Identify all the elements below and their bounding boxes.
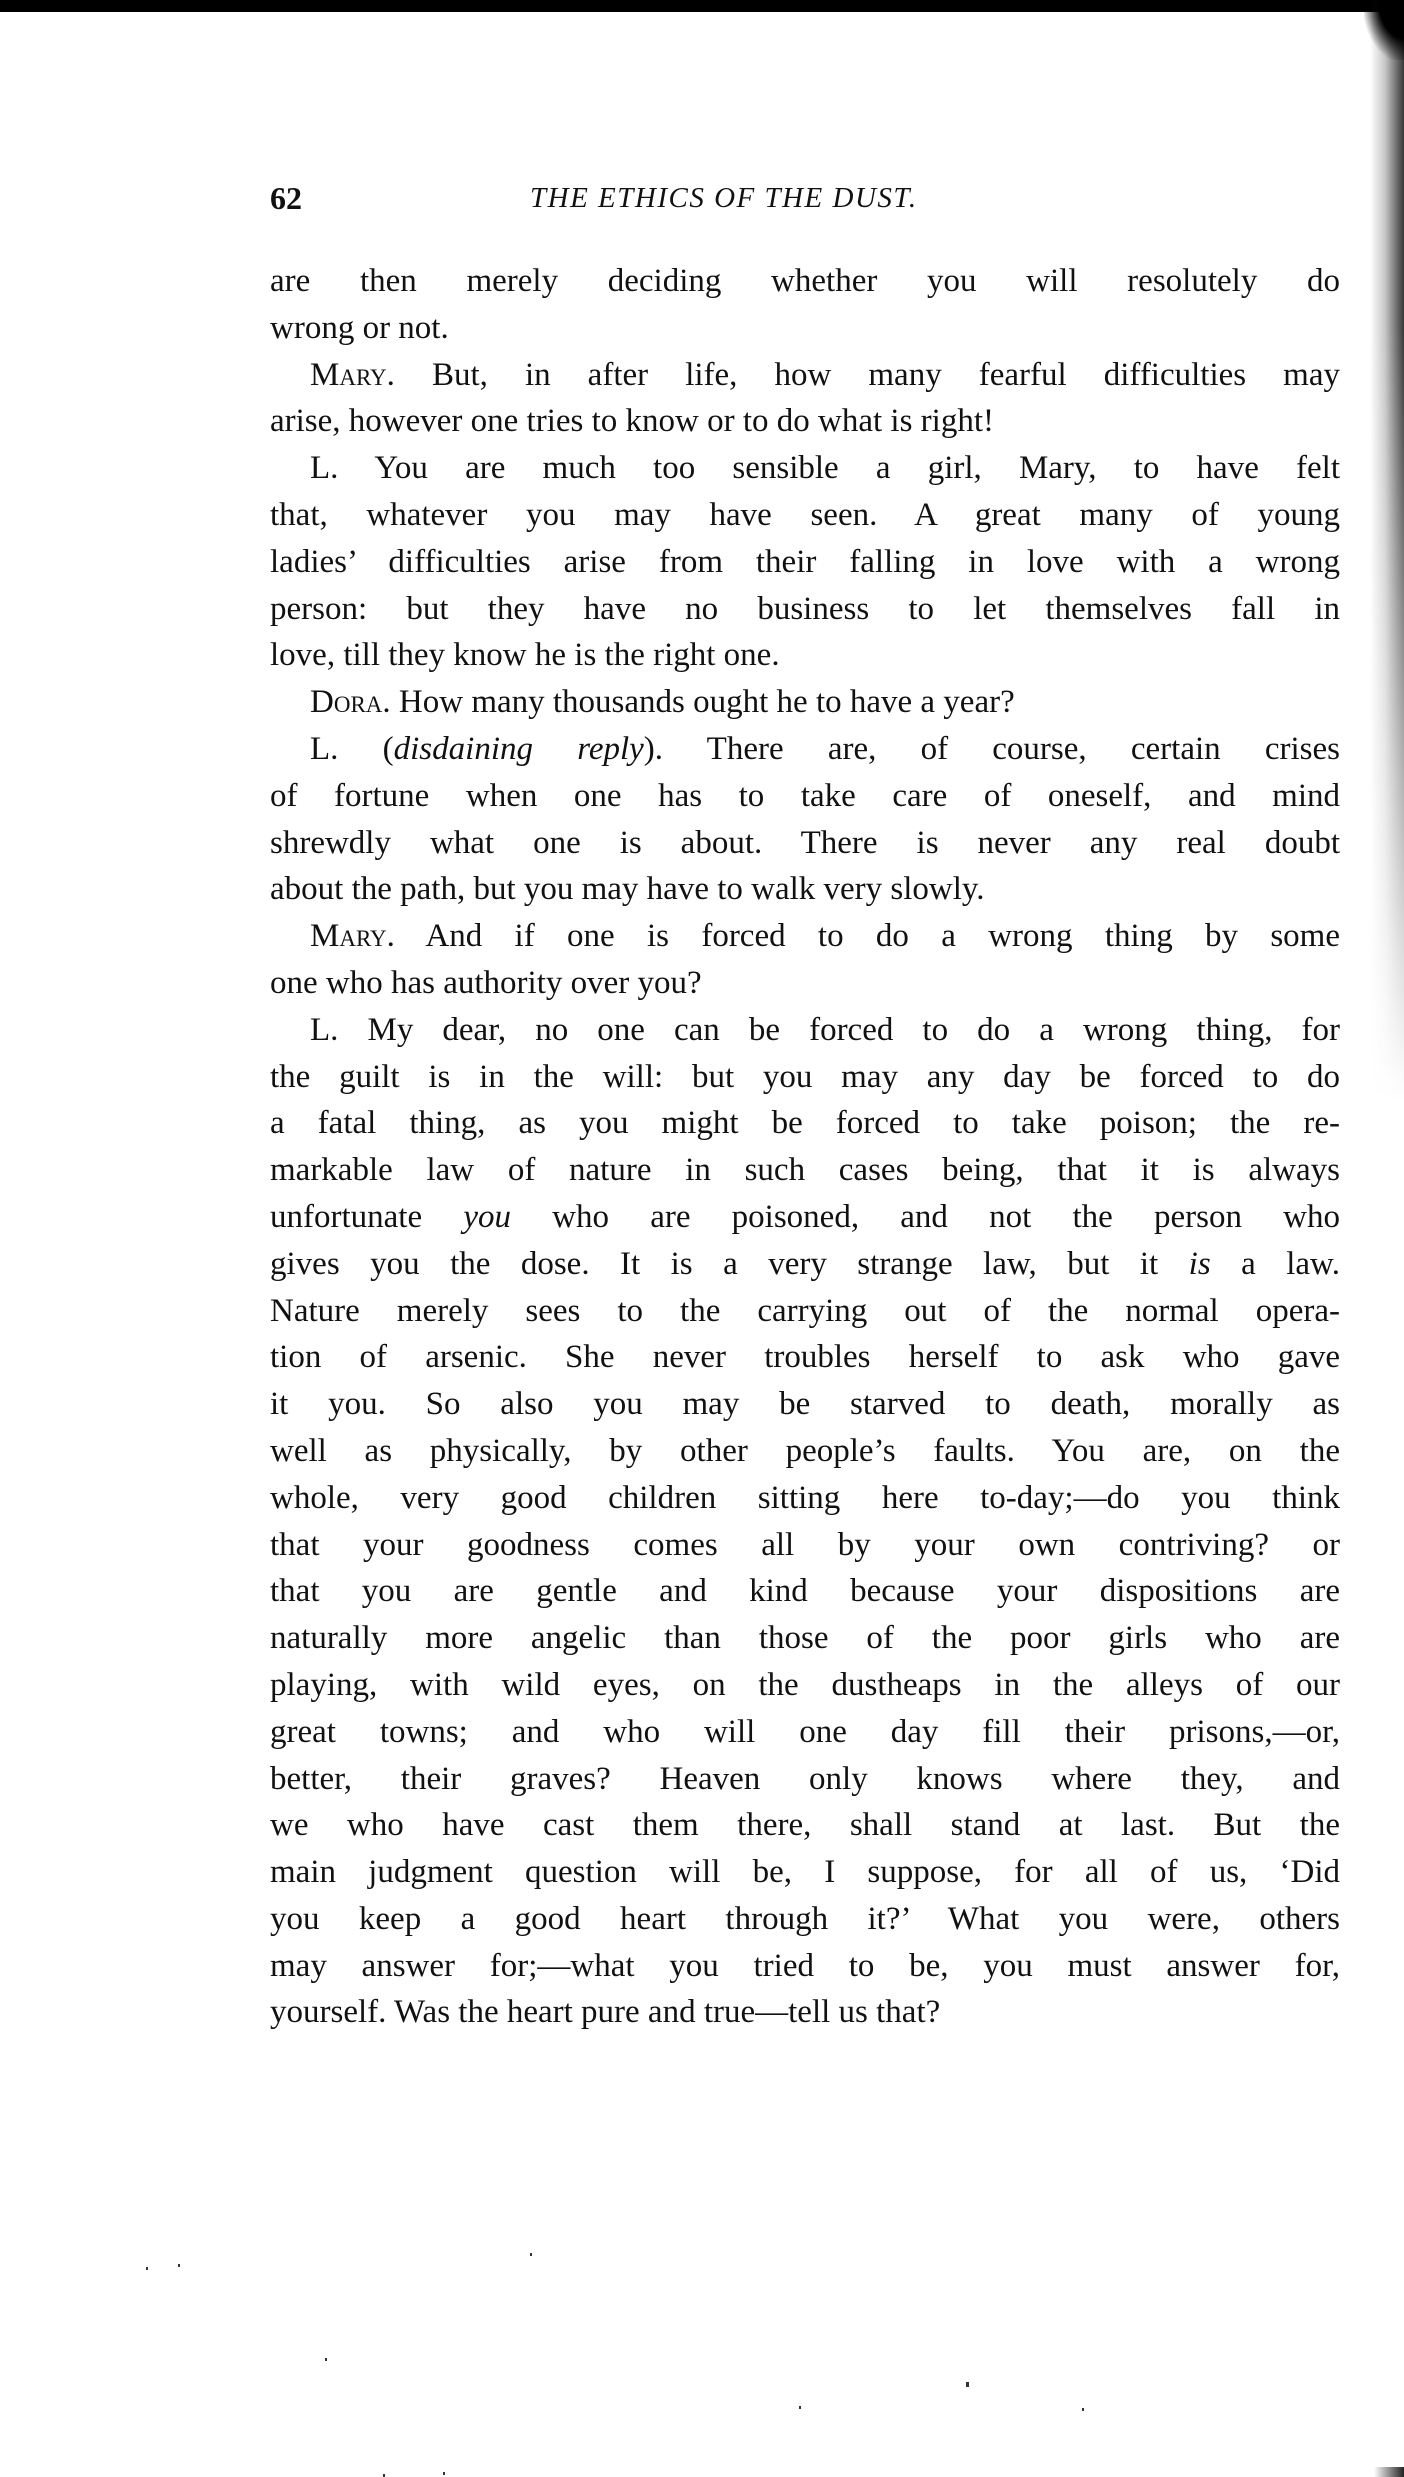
text-line: Dora. How many thousands ought he to hav… bbox=[270, 679, 1340, 726]
stage-direction: disdaining reply bbox=[394, 731, 644, 767]
speaker-name: L. bbox=[310, 1012, 338, 1048]
text-line: Mary. But, in after life, how many fearf… bbox=[270, 352, 1340, 399]
text-line: one who has authority over you? bbox=[270, 960, 1340, 1007]
text-line: main judgment question will be, I suppos… bbox=[270, 1849, 1340, 1896]
text-line: Nature merely sees to the carrying out o… bbox=[270, 1288, 1340, 1335]
speaker-name: Dora. bbox=[310, 684, 391, 720]
text-line: Mary. And if one is forced to do a wrong… bbox=[270, 913, 1340, 960]
text-line: that you are gentle and kind because you… bbox=[270, 1568, 1340, 1615]
text-line: ladies’ difficulties arise from their fa… bbox=[270, 539, 1340, 586]
text-line: unfortunate you who are poisoned, and no… bbox=[270, 1194, 1340, 1241]
running-title: THE ETHICS OF THE DUST. bbox=[530, 178, 918, 218]
text-line: that your goodness comes all by your own… bbox=[270, 1522, 1340, 1569]
text-line: we who have cast them there, shall stand… bbox=[270, 1802, 1340, 1849]
text-line: person: but they have no business to let… bbox=[270, 586, 1340, 633]
text-line: L. You are much too sensible a girl, Mar… bbox=[270, 445, 1340, 492]
text-line: markable law of nature in such cases bei… bbox=[270, 1147, 1340, 1194]
scan-top-border bbox=[0, 0, 1404, 12]
text-line: shrewdly what one is about. There is nev… bbox=[270, 820, 1340, 867]
text-line: wrong or not. bbox=[270, 305, 1340, 352]
text-line: tion of arsenic. She never troubles hers… bbox=[270, 1334, 1340, 1381]
text-line: better, their graves? Heaven only knows … bbox=[270, 1756, 1340, 1803]
text-line: it you. So also you may be starved to de… bbox=[270, 1381, 1340, 1428]
scan-corner-shadow bbox=[1364, 0, 1404, 60]
emphasis: you bbox=[463, 1199, 511, 1235]
speaker-name: Mary. bbox=[310, 357, 395, 393]
text-line: arise, however one tries to know or to d… bbox=[270, 398, 1340, 445]
text-line: about the path, but you may have to walk… bbox=[270, 866, 1340, 913]
text-line: the guilt is in the will: but you may an… bbox=[270, 1054, 1340, 1101]
text-line: naturally more angelic than those of the… bbox=[270, 1615, 1340, 1662]
text-line: well as physically, by other people’s fa… bbox=[270, 1428, 1340, 1475]
speaker-name: L. bbox=[310, 731, 338, 767]
text-line: are then merely deciding whether you wil… bbox=[270, 258, 1340, 305]
scan-bottom-corner bbox=[1374, 2467, 1404, 2477]
text-line: of fortune when one has to take care of … bbox=[270, 773, 1340, 820]
text-line: great towns; and who will one day fill t… bbox=[270, 1709, 1340, 1756]
text-line: yourself. Was the heart pure and true—te… bbox=[270, 1989, 1340, 2036]
text-line: L. (disdaining reply). There are, of cou… bbox=[270, 726, 1340, 773]
text-line: gives you the dose. It is a very strange… bbox=[270, 1241, 1340, 1288]
emphasis: is bbox=[1189, 1246, 1211, 1282]
speaker-name: Mary. bbox=[310, 918, 395, 954]
text-line: playing, with wild eyes, on the dustheap… bbox=[270, 1662, 1340, 1709]
text-line: may answer for;—what you tried to be, yo… bbox=[270, 1943, 1340, 1990]
text-line: love, till they know he is the right one… bbox=[270, 632, 1340, 679]
running-head: 62 THE ETHICS OF THE DUST. bbox=[270, 178, 1340, 218]
body-text: are then merely deciding whether you wil… bbox=[270, 258, 1340, 2036]
text-line: L. My dear, no one can be forced to do a… bbox=[270, 1007, 1340, 1054]
text-line: you keep a good heart through it?’ What … bbox=[270, 1896, 1340, 1943]
scan-page-edge-shadow bbox=[1370, 0, 1404, 1100]
page-number: 62 bbox=[270, 178, 302, 218]
text-line: a fatal thing, as you might be forced to… bbox=[270, 1100, 1340, 1147]
text-line: that, whatever you may have seen. A grea… bbox=[270, 492, 1340, 539]
text-line: whole, very good children sitting here t… bbox=[270, 1475, 1340, 1522]
speaker-name: L. bbox=[310, 450, 338, 486]
